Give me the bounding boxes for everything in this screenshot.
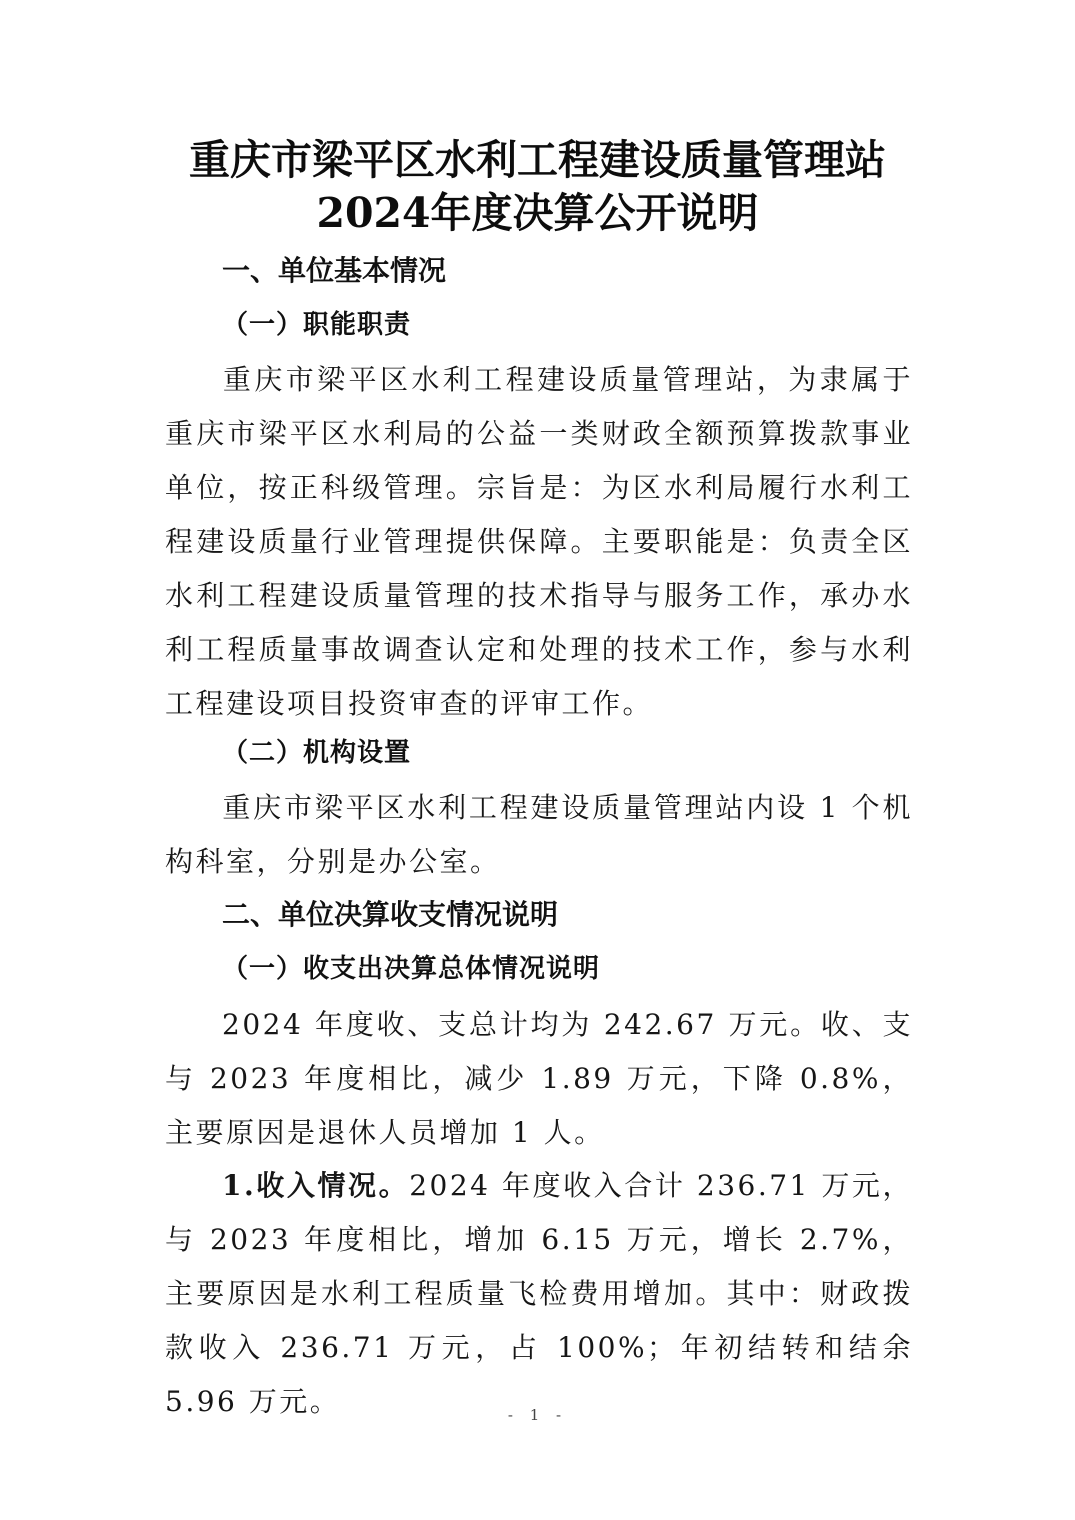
- paragraph-income: 1.收入情况。2024 年度收入合计 236.71 万元，与 2023 年度相比…: [165, 1159, 913, 1429]
- paragraph-overall: 2024 年度收、支总计均为 242.67 万元。收、支与 2023 年度相比，…: [165, 998, 913, 1160]
- paragraph-functions: 重庆市梁平区水利工程建设质量管理站，为隶属于重庆市梁平区水利局的公益一类财政全额…: [165, 353, 913, 731]
- subsection-heading-overall: （一）收支出决算总体情况说明: [222, 949, 600, 989]
- document-title-line1: 重庆市梁平区水利工程建设质量管理站: [0, 135, 1075, 185]
- document-page: 重庆市梁平区水利工程建设质量管理站 2024年度决算公开说明 一、单位基本情况 …: [0, 0, 1075, 1520]
- page-number: - 1 -: [0, 1406, 1075, 1424]
- section-heading-basic-info: 一、单位基本情况: [222, 251, 446, 291]
- paragraph-organization: 重庆市梁平区水利工程建设质量管理站内设 1 个机构科室，分别是办公室。: [165, 781, 913, 889]
- subsection-heading-organization: （二）机构设置: [222, 733, 411, 773]
- paragraph-organization-text: 重庆市梁平区水利工程建设质量管理站内设 1 个机构科室，分别是办公室。: [165, 791, 913, 878]
- paragraph-income-text: 2024 年度收入合计 236.71 万元，与 2023 年度相比，增加 6.1…: [165, 1169, 913, 1418]
- document-title-line2: 2024年度决算公开说明: [0, 188, 1075, 238]
- income-lead: 1.收入情况。: [222, 1169, 409, 1202]
- section-heading-budget-summary: 二、单位决算收支情况说明: [222, 895, 558, 935]
- paragraph-overall-text: 2024 年度收、支总计均为 242.67 万元。收、支与 2023 年度相比，…: [165, 1008, 913, 1149]
- subsection-heading-functions: （一）职能职责: [222, 305, 411, 345]
- paragraph-functions-text: 重庆市梁平区水利工程建设质量管理站，为隶属于重庆市梁平区水利局的公益一类财政全额…: [165, 363, 913, 720]
